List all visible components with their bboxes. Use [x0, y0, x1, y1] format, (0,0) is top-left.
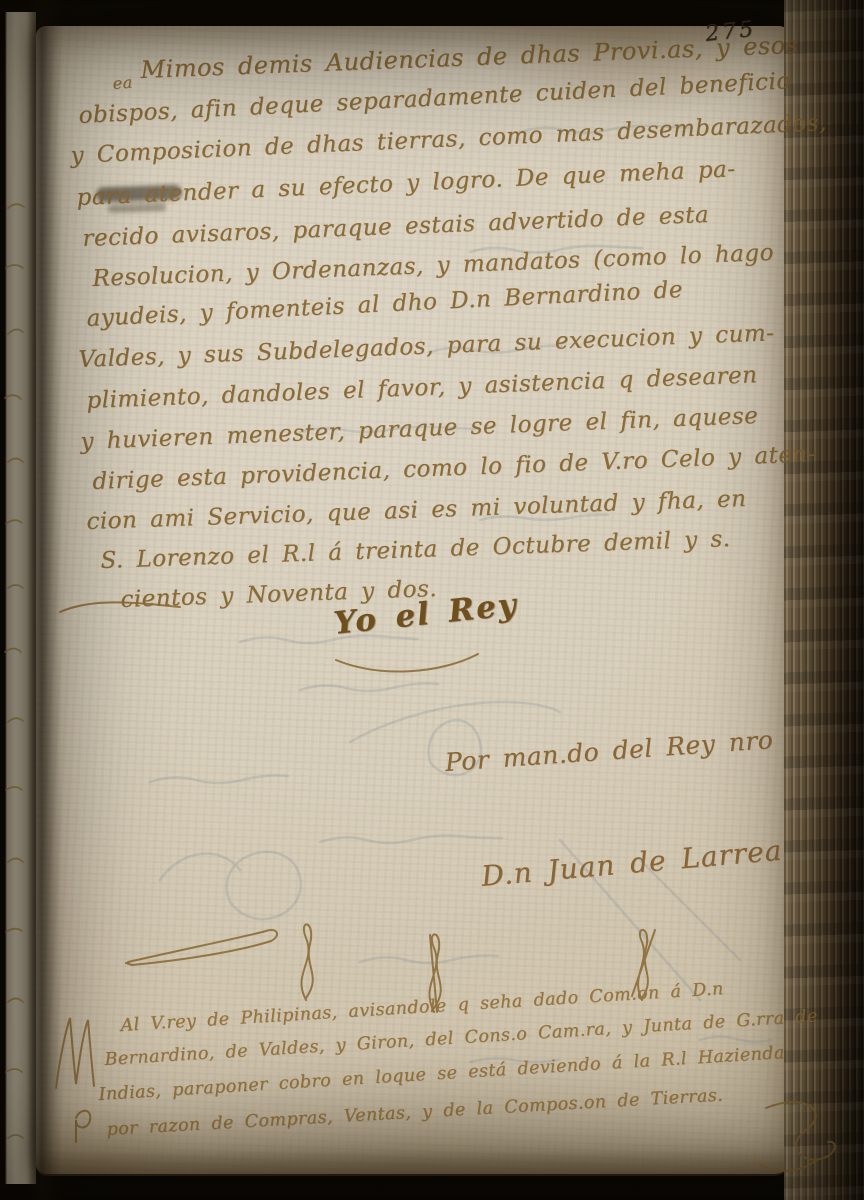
gutter-shadow [28, 0, 62, 1200]
body-lead-mark: ea [112, 73, 133, 93]
manuscript-photo: 275 ea Mimos demis Audiencias de dhas Pr… [0, 0, 864, 1200]
